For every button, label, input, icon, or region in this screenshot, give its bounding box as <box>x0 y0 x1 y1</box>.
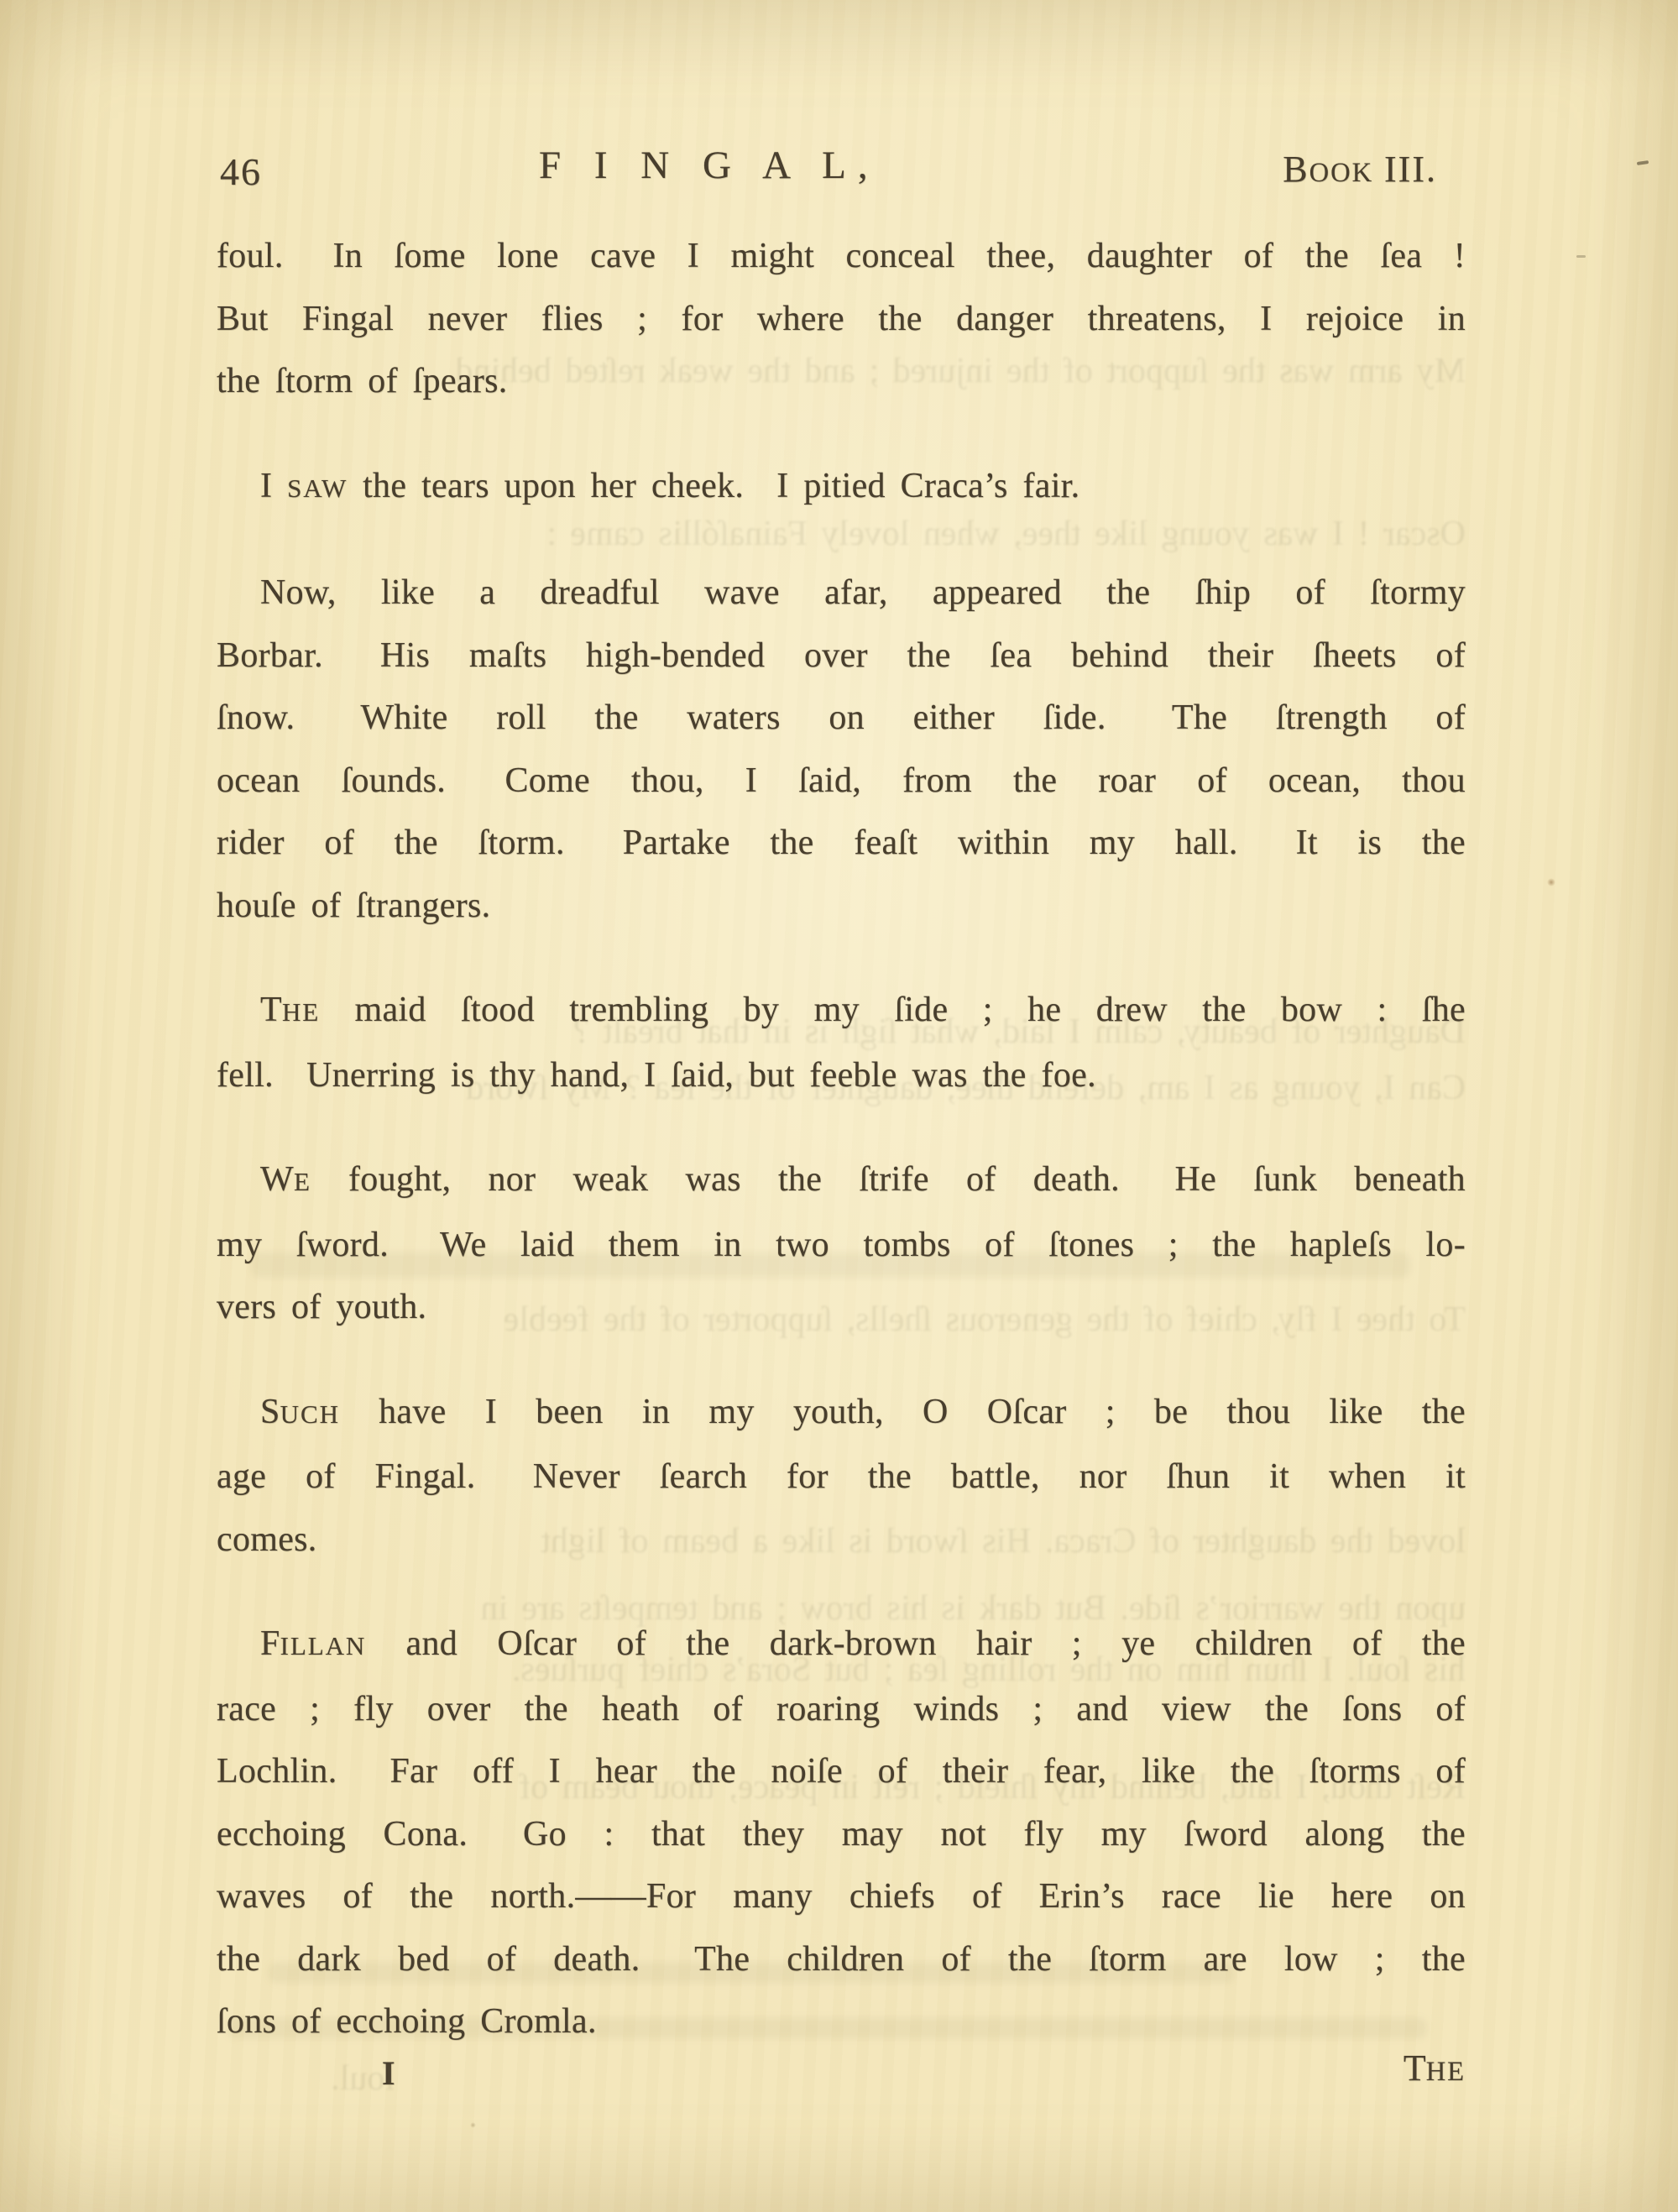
text-line: foul. In ſome lone cave I might conceal … <box>217 225 1466 288</box>
text-line: rider of the ſtorm. Partake the feaſt wi… <box>217 812 1466 875</box>
text-line: Fillan and Oſcar of the dark-brown hair … <box>217 1613 1466 1678</box>
text-run: ecchoing Cona. Go : that they may not fl… <box>217 1815 1466 1854</box>
text-block: foul. In ſome lone cave I might conceal … <box>217 225 1466 2053</box>
paragraph: We fought, nor weak was the ſtrife of de… <box>217 1148 1466 1339</box>
text-line: race ; fly over the heath of roaring win… <box>217 1678 1466 1741</box>
text-line: ſnow. White roll the waters on either ſi… <box>217 687 1466 750</box>
text-run: the dark bed of death. The children of t… <box>217 1940 1466 1979</box>
text-run: have I been in my youth, O Oſcar ; be th… <box>340 1393 1466 1431</box>
text-run: Now, like a dreadful wave afar, appeared… <box>260 573 1466 612</box>
text-line: Such have I been in my youth, O Oſcar ; … <box>217 1381 1466 1446</box>
book-page: My arm was the ſupport of the injured ; … <box>0 0 1678 2212</box>
text-run: comes. <box>217 1520 317 1559</box>
text-run: W <box>260 1160 294 1199</box>
text-run: and Oſcar of the dark-brown hair ; ye ch… <box>366 1624 1466 1663</box>
paragraph: Now, like a dreadful wave afar, appeared… <box>217 562 1466 937</box>
paragraph: foul. In ſome lone cave I might conceal … <box>217 225 1466 413</box>
text-run: ocean ſounds. Come thou, I ſaid, from th… <box>217 761 1466 800</box>
paper-speck <box>1576 255 1586 258</box>
text-run: Lochlin. Far off I hear the noiſe of the… <box>217 1752 1466 1791</box>
text-line: houſe of ſtrangers. <box>217 875 1466 938</box>
text-run: fought, nor weak was the ſtrife of death… <box>311 1160 1466 1199</box>
small-caps-text: uch <box>280 1399 340 1429</box>
text-line: ſons of ecchoing Cromla. <box>217 1990 1466 2053</box>
text-line: We fought, nor weak was the ſtrife of de… <box>217 1148 1466 1214</box>
text-run: But Fingal never flies ; for where the d… <box>217 300 1466 338</box>
text-run: waves of the north.——For many chiefs of … <box>217 1877 1466 1916</box>
text-run: my ſword. We laid them in two tombs of ſ… <box>217 1226 1466 1264</box>
text-line: Borbar. His maſts high-bended over the ſ… <box>217 625 1466 688</box>
text-line: the dark bed of death. The children of t… <box>217 1928 1466 1991</box>
text-run: F <box>260 1624 280 1663</box>
small-caps-text: e <box>294 1167 311 1196</box>
text-run: Borbar. His maſts high-bended over the ſ… <box>217 636 1466 675</box>
text-run: ſons of ecchoing Cromla. <box>217 2002 597 2041</box>
text-line: ocean ſounds. Come thou, I ſaid, from th… <box>217 750 1466 813</box>
text-line: Lochlin. Far off I hear the noiſe of the… <box>217 1740 1466 1803</box>
text-line: ecchoing Cona. Go : that they may not fl… <box>217 1803 1466 1866</box>
text-line: vers of youth. <box>217 1276 1466 1339</box>
paragraph: I saw the tears upon her cheek. I pitied… <box>217 455 1466 520</box>
text-line: But Fingal never flies ; for where the d… <box>217 288 1466 351</box>
small-caps-text: he <box>282 997 320 1027</box>
text-line: fell. Unerring is thy hand, I ſaid, but … <box>217 1044 1466 1107</box>
text-line: I saw the tears upon her cheek. I pitied… <box>217 455 1466 520</box>
text-line: the ſtorm of ſpears. <box>217 350 1466 413</box>
text-run: houſe of ſtrangers. <box>217 886 490 925</box>
text-run: maid ſtood trembling by my ſide ; he dre… <box>320 991 1466 1029</box>
text-run: ſnow. White roll the waters on either ſi… <box>217 698 1466 737</box>
text-run: fell. Unerring is thy hand, I ſaid, but … <box>217 1056 1096 1095</box>
paper-speck <box>1547 878 1555 886</box>
text-run: vers of youth. <box>217 1288 426 1326</box>
text-line: The maid ſtood trembling by my ſide ; he… <box>217 979 1466 1044</box>
text-run: age of Fingal. Never ſearch for the batt… <box>217 1457 1466 1496</box>
text-line: waves of the north.——For many chiefs of … <box>217 1865 1466 1928</box>
text-line: my ſword. We laid them in two tombs of ſ… <box>217 1214 1466 1277</box>
text-line: comes. <box>217 1509 1466 1571</box>
small-caps-text: illan <box>280 1631 367 1660</box>
text-run: S <box>260 1393 280 1431</box>
text-run: I <box>260 467 287 505</box>
paragraph: Fillan and Oſcar of the dark-brown hair … <box>217 1613 1466 2053</box>
text-run: the tears upon her cheek. I pitied Craca… <box>348 467 1079 505</box>
text-run: rider of the ſtorm. Partake the feaſt wi… <box>217 824 1466 862</box>
text-line: age of Fingal. Never ſearch for the batt… <box>217 1446 1466 1509</box>
paragraph: The maid ſtood trembling by my ſide ; he… <box>217 979 1466 1106</box>
text-run: T <box>260 991 282 1029</box>
paper-speck <box>470 2122 476 2128</box>
text-run: the ſtorm of ſpears. <box>217 362 508 400</box>
paragraph: Such have I been in my youth, O Oſcar ; … <box>217 1381 1466 1571</box>
small-caps-text: saw <box>287 473 348 503</box>
text-run: foul. In ſome lone cave I might conceal … <box>217 237 1466 275</box>
ghost-showthrough-line: ſoul. <box>143 2058 395 2099</box>
text-run: race ; fly over the heath of roaring win… <box>217 1690 1466 1728</box>
text-line: Now, like a dreadful wave afar, appeared… <box>217 562 1466 625</box>
